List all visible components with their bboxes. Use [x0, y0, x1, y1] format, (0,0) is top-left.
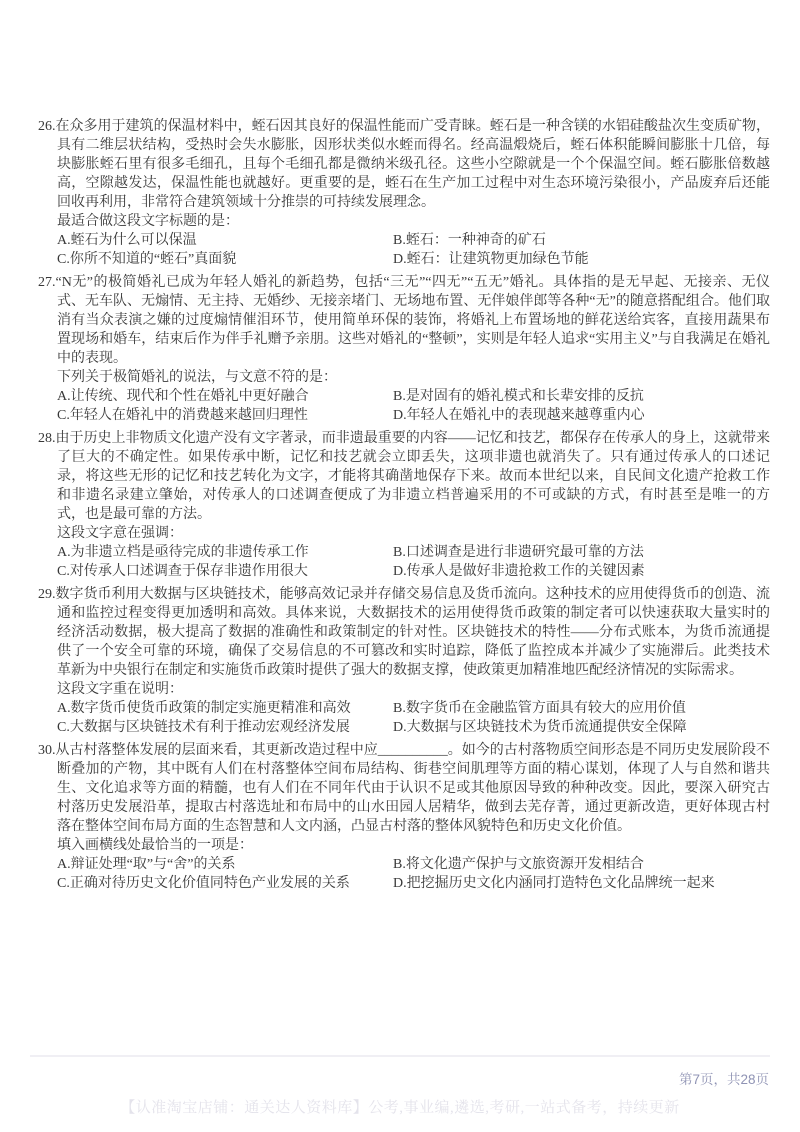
option-d: D.把挖掘历史文化内涵同打造特色文化品牌统一起来 — [393, 874, 770, 893]
question-passage: 28.由于历史上非物质文化遗产没有文字著录，而非遗最重要的内容——记忆和技艺，都… — [38, 429, 770, 524]
question-28: 28.由于历史上非物质文化遗产没有文字著录，而非遗最重要的内容——记忆和技艺，都… — [38, 429, 770, 581]
question-stem: 这段文字重在说明： — [57, 680, 770, 699]
watermark-text: 【认准淘宝店铺：通关达人资料库】公考,事业编,遴选,考研,一站式备考，持续更新 — [0, 1096, 800, 1117]
question-number: 29. — [38, 587, 56, 602]
question-number: 28. — [38, 431, 56, 446]
question-number: 30. — [38, 743, 56, 758]
question-stem: 填入画横线处最恰当的一项是： — [57, 836, 770, 855]
question-stem: 这段文字意在强调： — [57, 524, 770, 543]
option-c: C.正确对待历史文化价值同特色产业发展的关系 — [57, 874, 393, 893]
question-passage: 26.在众多用于建筑的保温材料中，蛭石因其良好的保温性能而广受青睐。蛭石是一种含… — [38, 117, 770, 212]
question-number: 27. — [38, 275, 56, 290]
option-a: A.让传统、现代和个性在婚礼中更好融合 — [57, 387, 393, 406]
exam-page: { "questions": [ { "number": "26.", "pas… — [0, 0, 800, 1132]
question-27: 27.“N无”的极简婚礼已成为年轻人婚礼的新趋势，包括“三无”“四无”“五无”婚… — [38, 273, 770, 425]
question-30: 30.从古村落整体发展的层面来看，其更新改造过程中应__________。如今的… — [38, 741, 770, 893]
options-grid: A.让传统、现代和个性在婚礼中更好融合 B.是对固有的婚礼模式和长辈安排的反抗 … — [57, 387, 770, 425]
passage-text: 由于历史上非物质文化遗产没有文字著录，而非遗最重要的内容——记忆和技艺，都保存在… — [56, 431, 771, 522]
options-grid: A.为非遗立档是亟待完成的非遗传承工作 B.口述调查是进行非遗研究最可靠的方法 … — [57, 543, 770, 581]
options-grid: A.数字货币使货币政策的制定实施更精准和高效 B.数字货币在金融监管方面具有较大… — [57, 699, 770, 737]
question-passage: 30.从古村落整体发展的层面来看，其更新改造过程中应__________。如今的… — [38, 741, 770, 836]
option-d: D.传承人是做好非遗抢救工作的关键因素 — [393, 562, 770, 581]
option-a: A.蛭石为什么可以保温 — [57, 231, 393, 250]
option-a: A.为非遗立档是亟待完成的非遗传承工作 — [57, 543, 393, 562]
option-b: B.数字货币在金融监管方面具有较大的应用价值 — [393, 699, 770, 718]
option-d: D.大数据与区块链技术为货币流通提供安全保障 — [393, 718, 770, 737]
passage-text: 数字货币利用大数据与区块链技术，能够高效记录并存储交易信息及货币流向。这种技术的… — [56, 587, 771, 678]
option-a: A.辩证处理“取”与“舍”的关系 — [57, 855, 393, 874]
question-stem: 最适合做这段文字标题的是： — [57, 212, 770, 231]
options-grid: A.辩证处理“取”与“舍”的关系 B.将文化遗产保护与文旅资源开发相结合 C.正… — [57, 855, 770, 893]
passage-text: 在众多用于建筑的保温材料中，蛭石因其良好的保温性能而广受青睐。蛭石是一种含镁的水… — [56, 119, 771, 210]
question-26: 26.在众多用于建筑的保温材料中，蛭石因其良好的保温性能而广受青睐。蛭石是一种含… — [38, 117, 770, 269]
option-a: A.数字货币使货币政策的制定实施更精准和高效 — [57, 699, 393, 718]
footer-divider — [30, 1055, 770, 1057]
option-d: D.年轻人在婚礼中的表现越来越尊重内心 — [393, 406, 770, 425]
option-b: B.蛭石：一种神奇的矿石 — [393, 231, 770, 250]
questions-area: 26.在众多用于建筑的保温材料中，蛭石因其良好的保温性能而广受青睐。蛭石是一种含… — [38, 117, 770, 897]
option-c: C.你所不知道的“蛭石”真面貌 — [57, 250, 393, 269]
question-passage: 29.数字货币利用大数据与区块链技术，能够高效记录并存储交易信息及货币流向。这种… — [38, 585, 770, 680]
option-b: B.是对固有的婚礼模式和长辈安排的反抗 — [393, 387, 770, 406]
passage-text: “N无”的极简婚礼已成为年轻人婚礼的新趋势，包括“三无”“四无”“五无”婚礼。具… — [56, 275, 771, 366]
option-c: C.年轻人在婚礼中的消费越来越回归理性 — [57, 406, 393, 425]
question-passage: 27.“N无”的极简婚礼已成为年轻人婚礼的新趋势，包括“三无”“四无”“五无”婚… — [38, 273, 770, 368]
options-grid: A.蛭石为什么可以保温 B.蛭石：一种神奇的矿石 C.你所不知道的“蛭石”真面貌… — [57, 231, 770, 269]
option-b: B.口述调查是进行非遗研究最可靠的方法 — [393, 543, 770, 562]
question-29: 29.数字货币利用大数据与区块链技术，能够高效记录并存储交易信息及货币流向。这种… — [38, 585, 770, 737]
question-stem: 下列关于极简婚礼的说法，与文意不符的是： — [57, 368, 770, 387]
option-d: D.蛭石：让建筑物更加绿色节能 — [393, 250, 770, 269]
option-b: B.将文化遗产保护与文旅资源开发相结合 — [393, 855, 770, 874]
option-c: C.大数据与区块链技术有利于推动宏观经济发展 — [57, 718, 393, 737]
option-c: C.对传承人口述调查于保存非遗作用很大 — [57, 562, 393, 581]
passage-text: 从古村落整体发展的层面来看，其更新改造过程中应__________。如今的古村落… — [56, 743, 771, 834]
question-number: 26. — [38, 119, 56, 134]
page-indicator: 第7页，共28页 — [679, 1068, 769, 1088]
